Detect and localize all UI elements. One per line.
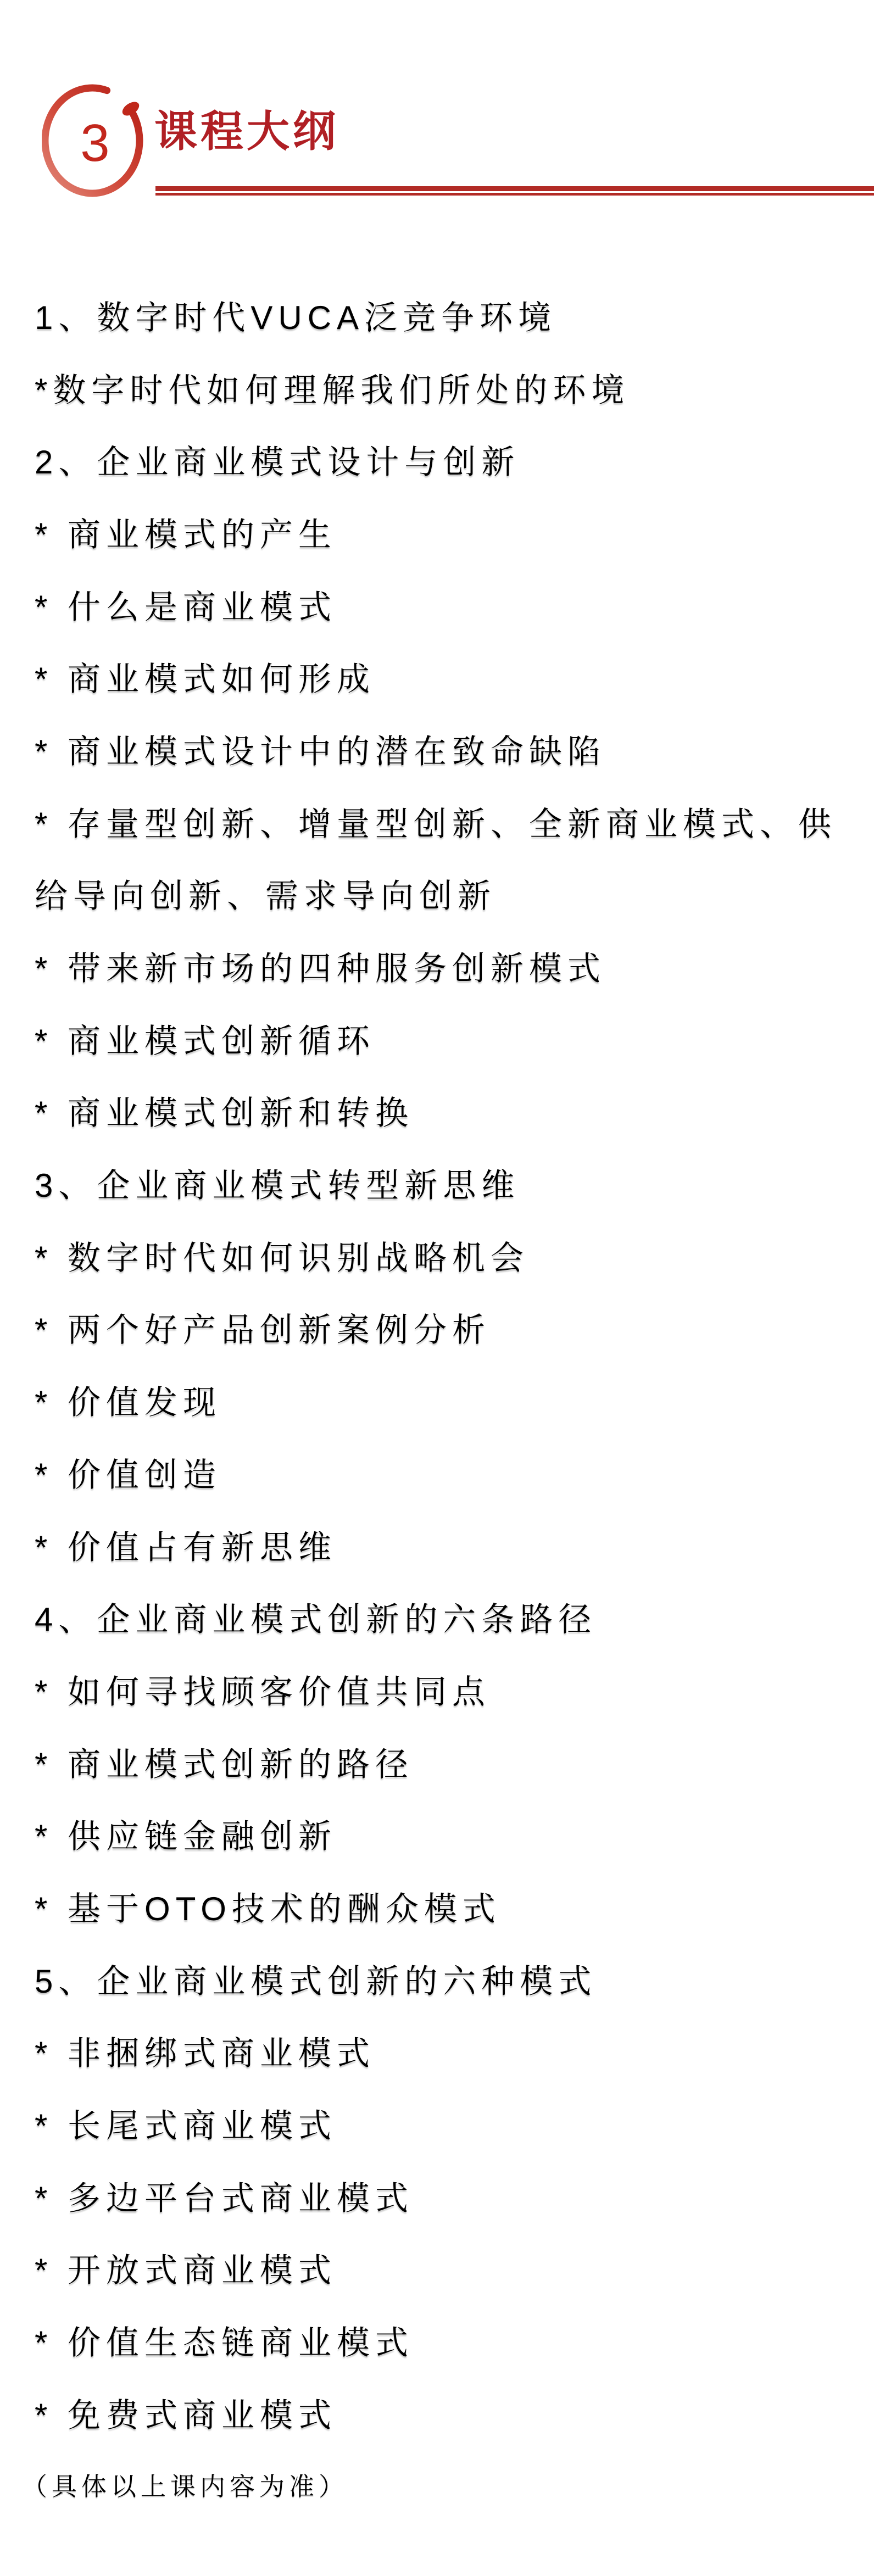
outline-item: * 开放式商业模式 — [0, 2232, 874, 2305]
title-underline-thick — [155, 186, 874, 191]
outline-item: * 价值发现 — [0, 1364, 874, 1436]
outline-item: * 商业模式如何形成 — [0, 640, 874, 713]
outline-item: * 商业模式的产生 — [0, 496, 874, 568]
outline-item: * 商业模式创新和转换 — [0, 1075, 874, 1147]
outline-item: * 两个好产品创新案例分析 — [0, 1292, 874, 1364]
outline-item: 1、数字时代VUCA泛竞争环境 — [0, 279, 874, 352]
outline-item: * 商业模式创新循环 — [0, 1002, 874, 1075]
outline-item: * 免费式商业模式 — [0, 2377, 874, 2449]
outline-note: （具体以上课内容为准） — [0, 2449, 874, 2522]
outline-item: * 长尾式商业模式 — [0, 2087, 874, 2160]
outline-item: * 供应链金融创新 — [0, 1798, 874, 1870]
outline-item: * 非捆绑式商业模式 — [0, 2015, 874, 2088]
outline-item: * 价值生态链商业模式 — [0, 2304, 874, 2377]
page-title: 课程大纲 — [154, 110, 339, 153]
section-header: 3 课程大纲 — [0, 0, 874, 253]
course-outline-page: 3 课程大纲 1、数字时代VUCA泛竞争环境*数字时代如何理解我们所处的环境2、… — [0, 0, 874, 2576]
outline-item: * 价值创造 — [0, 1436, 874, 1509]
outline-item: * 多边平台式商业模式 — [0, 2160, 874, 2232]
outline-item: 2、企业商业模式设计与创新 — [0, 423, 874, 496]
outline-item: * 基于OTO技术的酬众模式 — [0, 1870, 874, 1943]
outline-item: * 商业模式创新的路径 — [0, 1726, 874, 1798]
course-outline-list: 1、数字时代VUCA泛竞争环境*数字时代如何理解我们所处的环境2、企业商业模式设… — [0, 279, 874, 2521]
outline-item: * 价值占有新思维 — [0, 1509, 874, 1581]
outline-item: * 数字时代如何识别战略机会 — [0, 1219, 874, 1292]
title-underline-thin — [155, 193, 874, 196]
outline-item: * 什么是商业模式 — [0, 568, 874, 641]
outline-item: * 如何寻找顾客价值共同点 — [0, 1653, 874, 1726]
outline-item: * 商业模式设计中的潜在致命缺陷 — [0, 713, 874, 785]
outline-item: 5、企业商业模式创新的六种模式 — [0, 1943, 874, 2015]
section-number: 3 — [76, 117, 114, 170]
outline-item: 3、企业商业模式转型新思维 — [0, 1147, 874, 1219]
outline-item: *数字时代如何理解我们所处的环境 — [0, 352, 874, 424]
outline-item: * 带来新市场的四种服务创新模式 — [0, 930, 874, 1002]
outline-item: * 存量型创新、增量型创新、全新商业模式、供 — [0, 785, 874, 858]
outline-item: 给导向创新、需求导向创新 — [0, 858, 874, 930]
outline-item: 4、企业商业模式创新的六条路径 — [0, 1581, 874, 1653]
